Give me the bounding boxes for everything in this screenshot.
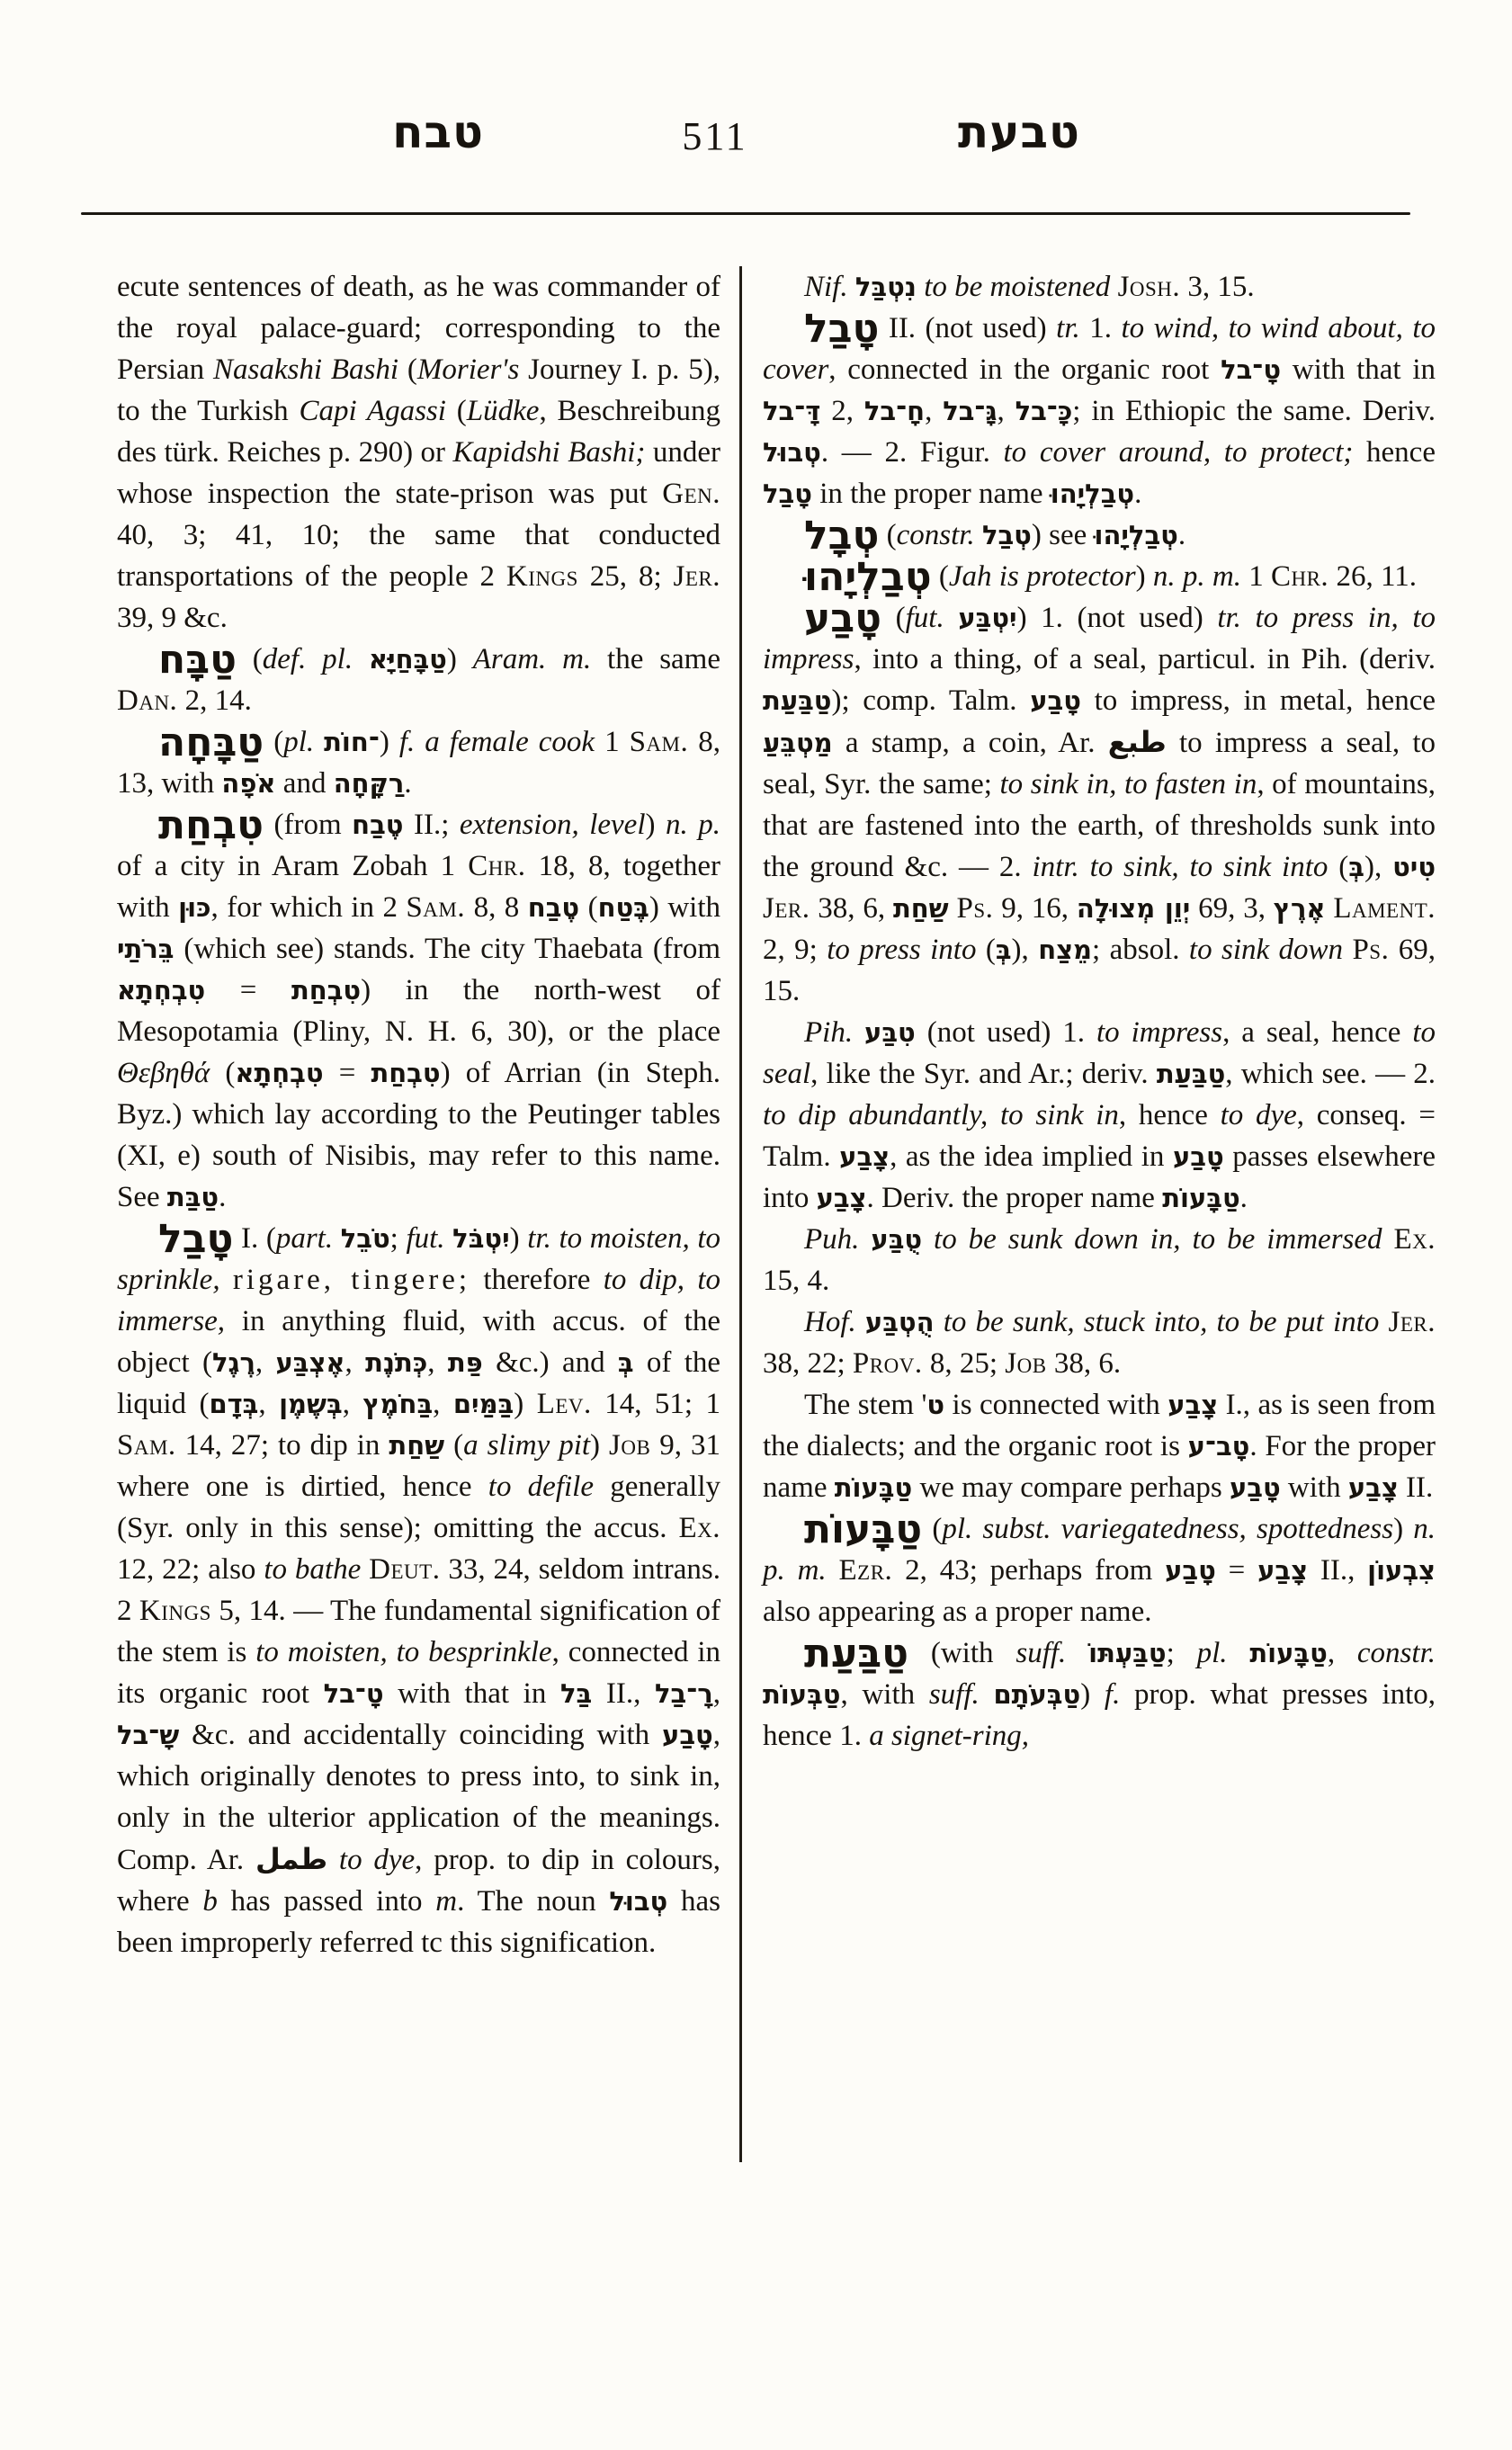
header-rule [81, 212, 1410, 215]
hebrew-headword: טָבַל [804, 306, 879, 352]
paragraph: טַבָּח (def. pl. טַבָּחַיָּא) Aram. m. t… [117, 639, 720, 721]
hebrew-word: טַבָּעוֹת [1249, 1638, 1327, 1668]
italic-text: constr. [897, 519, 975, 551]
paragraph: טָבַע (fut. יִטְבַּע) 1. (not used) tr. … [763, 597, 1436, 1012]
hebrew-word: יְוֵן מְצוּלָה [1077, 893, 1190, 924]
hebrew-word: טַבַּעַת [1157, 1059, 1225, 1089]
hebrew-word: צָבַע [839, 1141, 890, 1172]
hebrew-word: טָבַע [662, 1720, 713, 1750]
hebrew-word: טְבַלְיָהוּ [1095, 520, 1178, 550]
hebrew-word: טִבְחְתָא [117, 975, 205, 1006]
paragraph: Nif. נִטְבַּל to be moistened Josh. 3, 1… [763, 266, 1436, 308]
italic-text: to moisten, to besprinkle [255, 1636, 551, 1668]
book-reference: Ex. [1393, 1223, 1436, 1256]
hebrew-word: טֶבַח [352, 809, 403, 840]
book-reference: Gen. [662, 478, 720, 510]
paragraph: ecute sentences of death, as he was comm… [117, 266, 720, 639]
italic-text: Lüdke [467, 395, 540, 427]
book-reference: Jer. [674, 560, 720, 593]
arabic-word: طبع [1108, 725, 1167, 759]
book-reference: Lament. [1333, 892, 1436, 925]
hebrew-word: טָ־בל [1221, 354, 1281, 385]
italic-text: to dye [1221, 1099, 1297, 1131]
paragraph: טְבַלְיָהוּ (Jah is protector) n. p. m. … [763, 556, 1436, 597]
hebrew-word: בְּדָם [209, 1389, 258, 1419]
book-reference: Kings [506, 560, 578, 593]
hebrew-word: ט [926, 1390, 944, 1420]
italic-text: intr. to sink, to sink into [1033, 851, 1329, 883]
book-reference: Sam. [630, 726, 689, 758]
hebrew-word: טָב־ע [1188, 1431, 1250, 1462]
italic-text: to impress [1096, 1016, 1222, 1049]
hebrew-word: בְּ [996, 934, 1012, 965]
book-reference: Dan. [117, 684, 177, 717]
paragraph: טִבְחַת (from טֶבַח II.; extension, leve… [117, 804, 720, 1218]
italic-text: fut. [406, 1222, 444, 1255]
hebrew-word: טִבַּע [864, 1017, 916, 1048]
book-reference: Sam. [117, 1429, 176, 1462]
hebrew-word: טִבְחַת [371, 1058, 440, 1088]
arabic-word: طمل [255, 1842, 327, 1876]
book-reference: Sam. [406, 891, 465, 924]
italic-text: to dip abundantly, to sink in [763, 1099, 1119, 1131]
italic-text: Aram. m. [473, 643, 592, 675]
hebrew-word: פַּת [448, 1347, 483, 1378]
column-divider [739, 266, 742, 2162]
hebrew-word: בְּשֶמֶן [279, 1389, 343, 1419]
header-right-keyword: טבעת [958, 110, 1080, 155]
right-column: Nif. נִטְבַּל to be moistened Josh. 3, 1… [763, 266, 1436, 1757]
hebrew-word: טְבַלְיָהוּ [1051, 478, 1134, 509]
hebrew-word: טְבַל [982, 520, 1032, 550]
hebrew-word: בְּ [618, 1347, 634, 1378]
hebrew-word: רָ־בַל [655, 1678, 713, 1709]
hebrew-word: רֶגֶל [212, 1347, 255, 1378]
hebrew-headword: טַבַּעַת [804, 1631, 908, 1677]
hebrew-word: טִיט [1392, 852, 1436, 882]
hebrew-word: שָ־בל [117, 1720, 179, 1750]
hebrew-word: צָבַע [1348, 1472, 1399, 1503]
italic-text: tr. [1056, 312, 1080, 344]
hebrew-word: שַחַת [389, 1430, 444, 1461]
hebrew-word: כּוּן [178, 892, 210, 923]
italic-text: part. [276, 1222, 333, 1255]
italic-text: pl. [283, 726, 314, 758]
book-reference: Jer. [1389, 1306, 1436, 1338]
book-reference: Job [1005, 1347, 1046, 1380]
book-reference: Chr. [468, 850, 525, 882]
hebrew-word: טַבַּת [167, 1182, 219, 1212]
italic-text: suff. [1015, 1637, 1066, 1669]
greek-word: Θεβηθά [117, 1057, 210, 1089]
italic-text: pl. [1197, 1637, 1228, 1669]
italic-text: n. p. m. [1153, 560, 1241, 593]
header-left-keyword: טבח [392, 110, 484, 155]
italic-text: Capi Agassi [299, 395, 445, 427]
hebrew-word: צָבַע [1257, 1555, 1308, 1586]
italic-text: m [435, 1885, 457, 1918]
italic-text: to defile [488, 1471, 594, 1503]
hebrew-word: ־חוֹת [324, 727, 380, 757]
hebrew-word: טֻבַּע [871, 1224, 922, 1255]
hebrew-word: דָּ־בל [763, 396, 820, 426]
hebrew-word: רַקָּחָה [334, 768, 405, 799]
paragraph: Pih. טִבַּע (not used) 1. to impress, a … [763, 1012, 1436, 1219]
italic-text: Hof. [804, 1306, 856, 1338]
two-column-text: ecute sentences of death, as he was comm… [117, 266, 1436, 2162]
hebrew-word: שַחַת [893, 893, 949, 924]
hebrew-word: צָבַע [817, 1183, 867, 1213]
hebrew-word: בְּ [1348, 852, 1364, 882]
book-reference: Prov. [853, 1347, 923, 1380]
hebrew-headword: טַבָּחָה [158, 720, 264, 765]
hebrew-word: נִטְבַּל [855, 272, 917, 302]
hebrew-word: טֹבֵל [341, 1223, 390, 1254]
italic-text: def. pl. [263, 643, 353, 675]
paragraph: The stem 'ט is connected with צָבַע I., … [763, 1384, 1436, 1508]
hebrew-headword: טְבָל [804, 513, 879, 559]
italic-text: Jah is protector [949, 560, 1136, 593]
hebrew-word: טֶבַח [528, 892, 579, 923]
hebrew-headword: טִבְחַת [158, 802, 264, 848]
hebrew-word: חָ־בל [864, 396, 925, 426]
italic-text: to be moistened [924, 271, 1110, 303]
hebrew-word: בַּחֹמֶץ [362, 1389, 433, 1419]
dictionary-page: טבח 511 טבעת ecute sentences of death, a… [0, 0, 1512, 2450]
paragraph: טְבָל (constr. טְבַל) see טְבַלְיָהוּ. [763, 514, 1436, 556]
book-reference: Kings [139, 1595, 211, 1627]
hebrew-word: הֻטְבַּע [865, 1307, 935, 1337]
hebrew-word: אֶרֶץ [1274, 893, 1326, 924]
italic-text: Nif. [804, 271, 848, 303]
book-reference: Jer. [763, 892, 810, 925]
hebrew-word: טַבַּעְתּוֹ [1088, 1638, 1166, 1668]
italic-text: Puh. [804, 1223, 859, 1256]
hebrew-word: טַבַּעַת [763, 685, 831, 716]
left-column: ecute sentences of death, as he was comm… [117, 266, 720, 1963]
hebrew-word: טְבוּל [763, 437, 821, 468]
paragraph: טָבַל I. (part. טֹבֵל; fut. יִטְבֹּל) tr… [117, 1218, 720, 1963]
hebrew-word: טָ־בל [324, 1678, 384, 1709]
hebrew-word: אֶצְבַּע [275, 1347, 344, 1378]
hebrew-word: טַבְּעוֹת [763, 1679, 840, 1710]
italic-text: a slimy pit [463, 1429, 590, 1462]
hebrew-word: כְּתֹנֶת [365, 1347, 427, 1378]
italic-text: f. [1105, 1678, 1120, 1711]
hebrew-word: טִבְחְתָא [235, 1058, 323, 1088]
book-reference: Ps. [1352, 934, 1389, 966]
book-reference: Josh. [1118, 271, 1181, 303]
italic-text: extension, level [460, 809, 646, 841]
hebrew-word: אֹפָה [221, 768, 275, 799]
hebrew-word: טָבַע [1030, 685, 1081, 716]
italic-text: to sink in, to fasten in [999, 768, 1257, 800]
hebrew-word: בֶּטַח [598, 892, 649, 923]
italic-text: Morier's [417, 353, 519, 386]
italic-text: b [202, 1885, 218, 1918]
hebrew-word: גָּ־בל [943, 396, 997, 426]
spaced-text: rigare, tingere; [233, 1264, 470, 1296]
hebrew-headword: טַבָּעוֹת [804, 1507, 922, 1552]
book-reference: Ezr. [838, 1554, 892, 1587]
italic-text: fut. [906, 602, 944, 634]
book-reference: Ps. [957, 892, 994, 925]
italic-text: to bathe [264, 1553, 361, 1586]
hebrew-word: צָבַע [1168, 1390, 1218, 1420]
hebrew-word: כָּ־בל [1015, 396, 1073, 426]
hebrew-word: טַבְּעֹתָם [993, 1679, 1080, 1710]
paragraph: טַבָּעוֹת (pl. subst. variegatedness, sp… [763, 1508, 1436, 1632]
book-reference: Job [609, 1429, 650, 1462]
hebrew-word: טַבָּעוֹת [835, 1472, 912, 1503]
paragraph: טָבַל II. (not used) tr. 1. to wind, to … [763, 308, 1436, 514]
italic-text: a signet-ring, [869, 1720, 1029, 1752]
italic-text: Kapidshi Bashi; [453, 436, 646, 469]
book-reference: Ex. [678, 1512, 720, 1544]
italic-text: to dye [339, 1844, 415, 1876]
italic-text: to be sunk down in, to be immersed [934, 1223, 1382, 1256]
paragraph: טַבַּעַת (with suff. טַבַּעְתּוֹ; pl. טַ… [763, 1632, 1436, 1757]
italic-text: Pih. [804, 1016, 853, 1049]
italic-text: suff. [929, 1678, 980, 1711]
hebrew-word: יִטְבַּע [958, 603, 1016, 633]
italic-text: to be sunk, stuck into, to be put into [944, 1306, 1380, 1338]
hebrew-word: יִטְבֹּל [452, 1223, 509, 1254]
hebrew-word: טַבָּחַיָּא [369, 644, 447, 675]
paragraph: Hof. הֻטְבַּע to be sunk, stuck into, to… [763, 1301, 1436, 1384]
italic-text: constr. [1357, 1637, 1436, 1669]
hebrew-headword: טָבַל [158, 1216, 233, 1262]
hebrew-word: בַּל [560, 1678, 592, 1709]
italic-text: n. p. [666, 809, 720, 841]
hebrew-word: טִבְחַת [291, 975, 361, 1006]
hebrew-word: בַּמַּיִם [453, 1389, 514, 1419]
italic-text: to sink down [1189, 934, 1343, 966]
hebrew-headword: טַבָּח [158, 637, 237, 683]
italic-text: to press into [827, 934, 976, 966]
italic-text: f. a female cook [399, 726, 595, 758]
hebrew-word: טְבוּל [609, 1886, 667, 1917]
hebrew-word: בֵּרֹתַי [117, 934, 174, 964]
hebrew-word: טַבָּעוֹת [1162, 1183, 1239, 1213]
paragraph: טַבָּחָה (pl. ־חוֹת) f. a female cook 1 … [117, 721, 720, 804]
hebrew-word: צִבְעוֹן [1367, 1555, 1436, 1586]
page-number: 511 [682, 117, 747, 156]
paragraph: Puh. טֻבַּע to be sunk down in, to be im… [763, 1219, 1436, 1301]
hebrew-word: מֵצַח [1038, 934, 1092, 965]
hebrew-word: טָבַע [1230, 1472, 1281, 1503]
hebrew-word: טָבַע [1165, 1555, 1216, 1586]
italic-text: to cover around, to protect; [1003, 436, 1353, 469]
book-reference: Lev. [537, 1388, 592, 1420]
italic-text: Nasakshi Bashi [213, 353, 398, 386]
hebrew-word: מַטְבֵּעַ [763, 728, 833, 758]
book-reference: Chr. [1271, 560, 1329, 593]
italic-text: pl. subst. variegatedness, spottedness [942, 1513, 1393, 1545]
hebrew-headword: טָבַע [804, 595, 881, 641]
hebrew-headword: טְבַלְיָהוּ [804, 554, 932, 600]
hebrew-word: טָבַל [763, 478, 812, 509]
hebrew-word: טָבַע [1173, 1141, 1224, 1172]
book-reference: Deut. [369, 1553, 440, 1586]
